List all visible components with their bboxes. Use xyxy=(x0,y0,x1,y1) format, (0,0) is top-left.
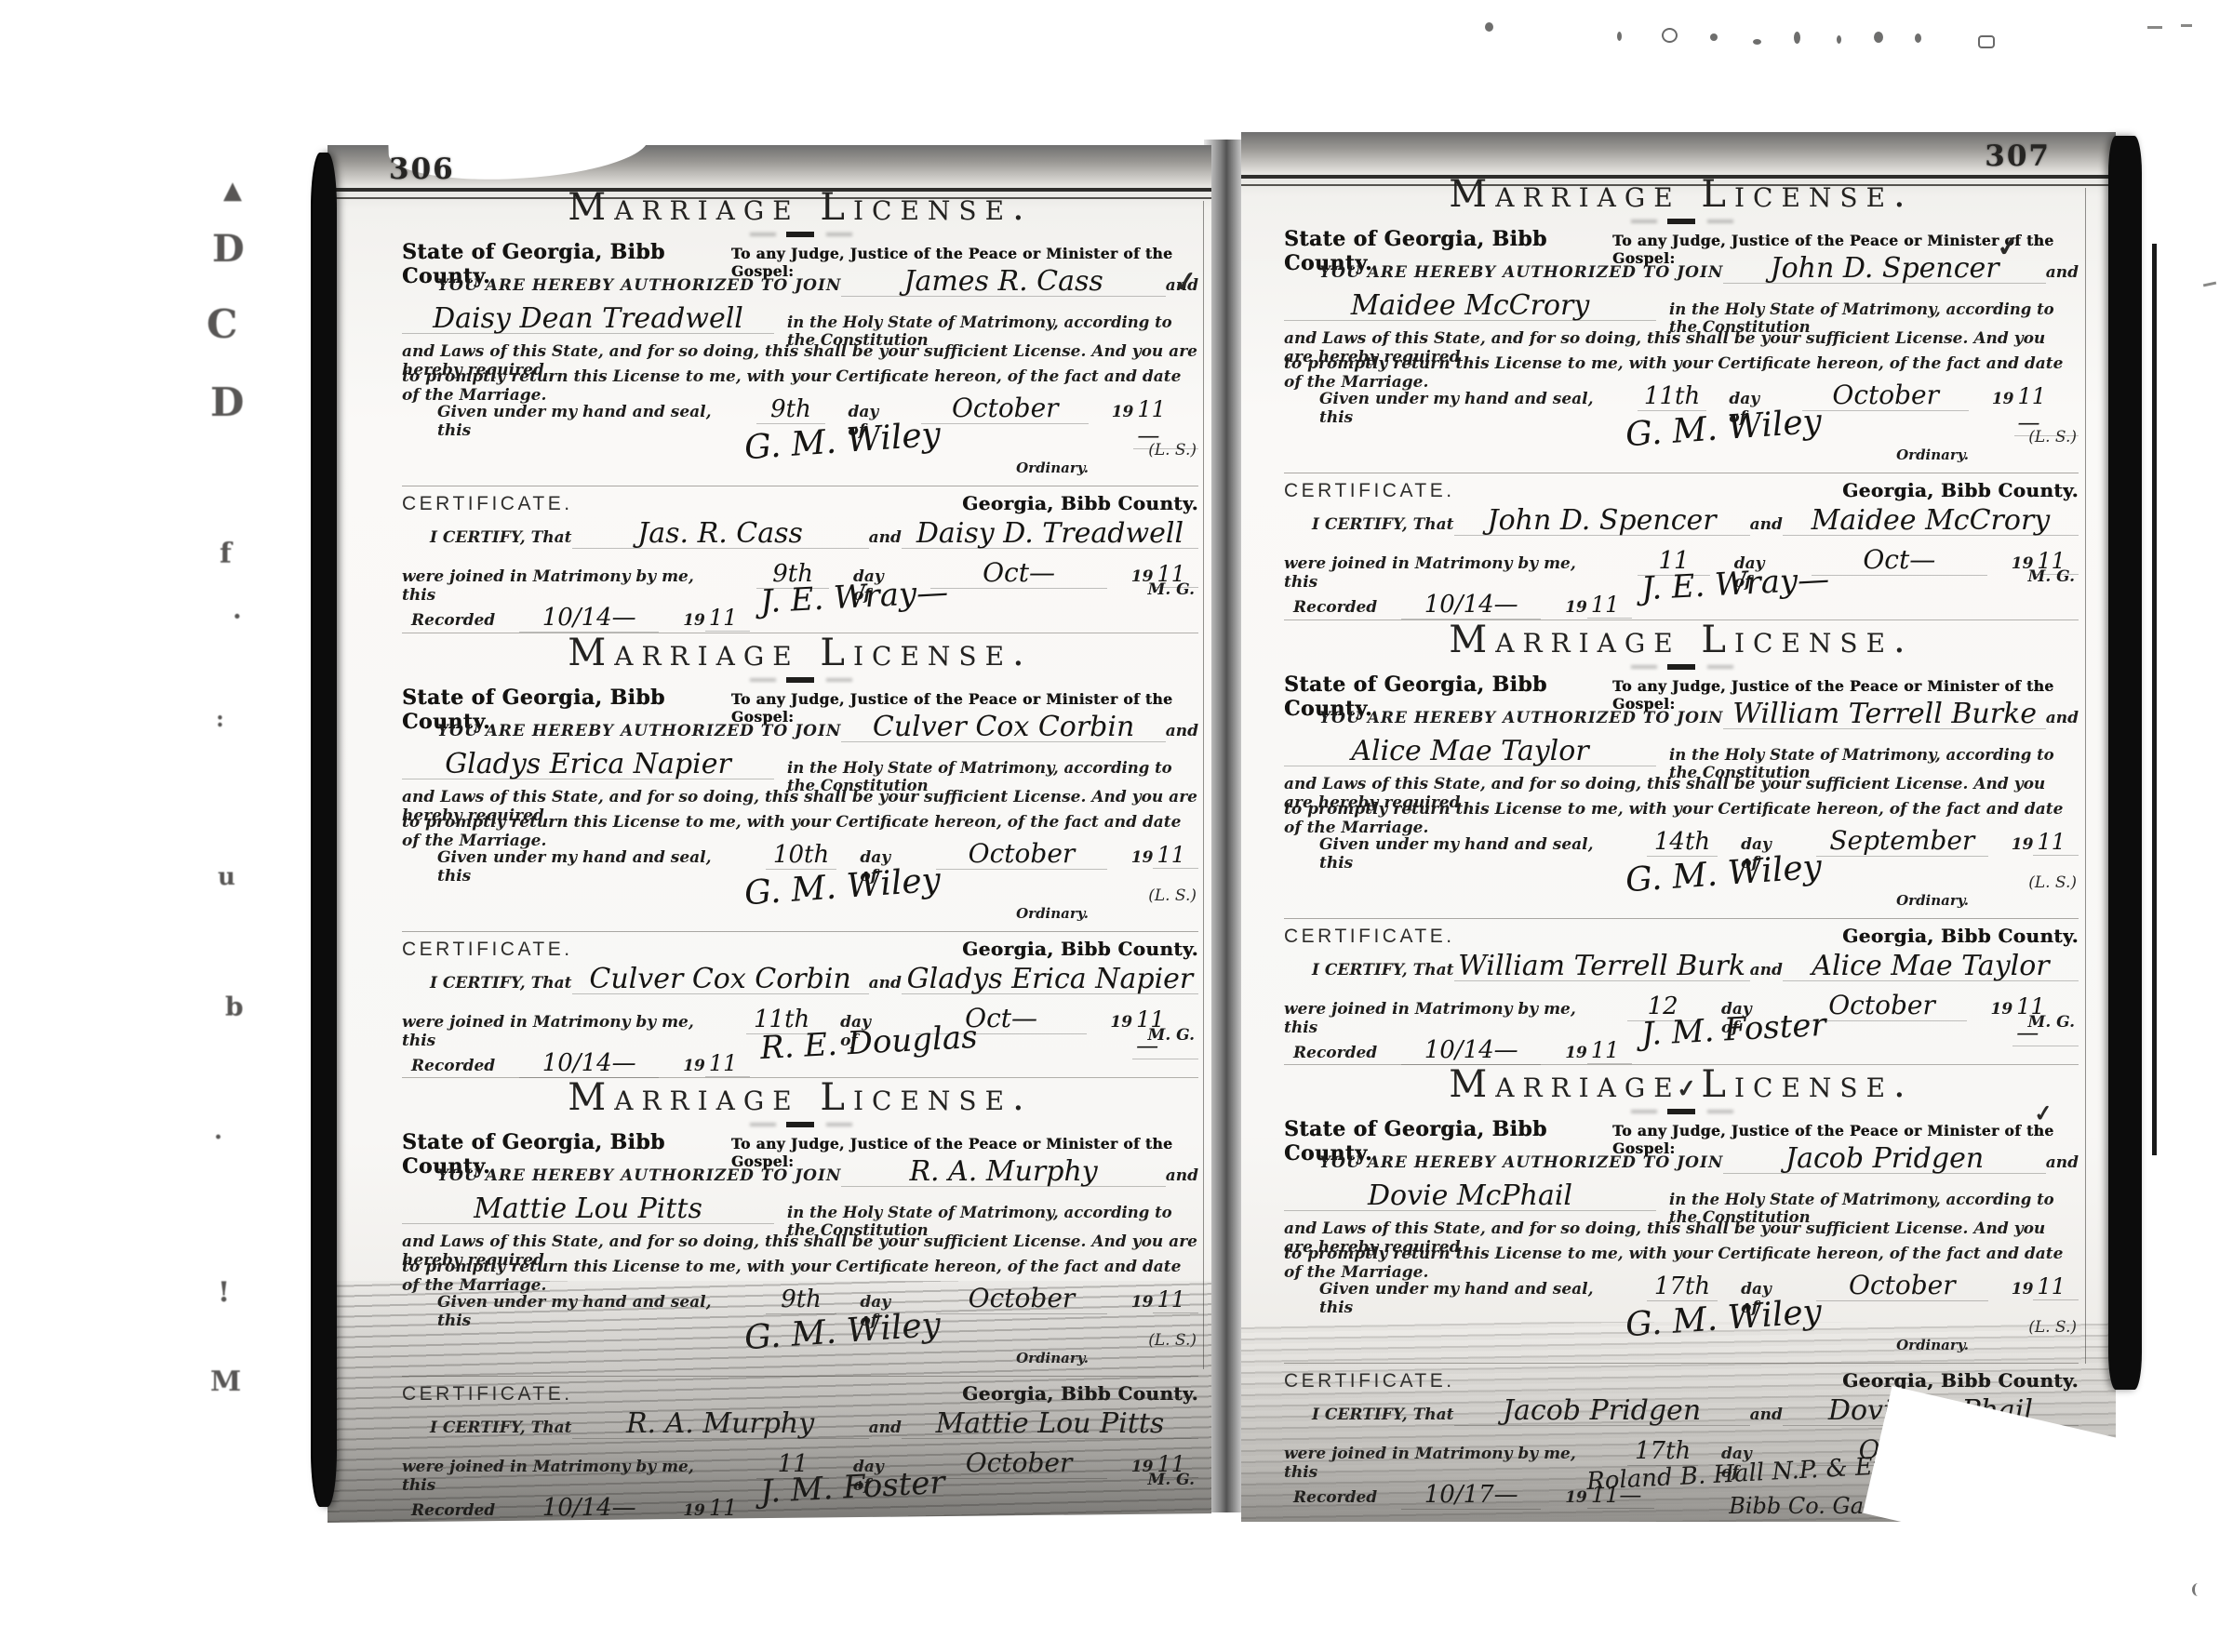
marriage-license-title: Marriage License. xyxy=(402,1078,1198,1119)
cert-groom-name: Jacob Pridgen xyxy=(1454,1397,1750,1426)
cert-day: 17th xyxy=(1627,1437,1697,1466)
license-section: Marriage License. State of Georgia, Bibb… xyxy=(1284,175,2079,467)
marriage-record: Marriage License. State of Georgia, Bibb… xyxy=(1284,619,2079,1064)
license-day: 10th xyxy=(766,841,836,870)
authorize-text: YOU ARE HEREBY AUTHORIZED TO JOIN xyxy=(1319,709,1723,727)
margin-rule xyxy=(2085,188,2086,1364)
marriage-record: Marriage License. State of Georgia, Bibb… xyxy=(402,633,1198,1077)
margin-mark: u xyxy=(218,863,235,891)
seal-label: (L. S.) xyxy=(2028,428,2077,446)
bride-name: Maidee McCrory xyxy=(1284,292,1656,321)
margin-mark: D xyxy=(210,380,244,425)
year-prefix: 19 xyxy=(1565,598,1587,617)
margin-mark: : xyxy=(216,705,224,732)
checkmark-icon: ✓ xyxy=(1995,230,2022,264)
recorded-date: 10/14— xyxy=(519,1049,659,1078)
title-dash xyxy=(402,1119,1198,1130)
groom-name: James R. Cass xyxy=(841,268,1165,297)
title-dash xyxy=(1284,1106,2079,1117)
marriage-license-title: Marriage License. xyxy=(402,188,1198,229)
and-label: and xyxy=(1166,1166,1198,1185)
recorded-label: Recorded xyxy=(411,1501,495,1520)
margin-mark: M xyxy=(210,1366,241,1398)
license-day: 11th xyxy=(1638,382,1706,411)
bride-name: Mattie Lou Pitts xyxy=(402,1195,774,1224)
checkmark-icon: ✓ xyxy=(2033,1099,2054,1127)
license-year: 11 xyxy=(2033,829,2079,856)
year-prefix: 19 xyxy=(2012,835,2034,854)
i-certify-label: I CERTIFY, That xyxy=(430,974,572,993)
bride-name: Dovie McPhail xyxy=(1284,1182,1656,1211)
certificate-section: CERTIFICATE. Georgia, Bibb County. I CER… xyxy=(402,486,1198,640)
i-certify-label: I CERTIFY, That xyxy=(1312,961,1454,979)
and-label: and xyxy=(869,528,902,547)
recorded-label: Recorded xyxy=(411,611,495,630)
groom-name: R. A. Murphy xyxy=(841,1158,1165,1187)
license-day: 9th xyxy=(766,1286,836,1314)
seal-label: (L. S.) xyxy=(1148,441,1197,460)
i-certify-label: I CERTIFY, That xyxy=(430,528,572,547)
page-number: 307 xyxy=(1985,140,2051,173)
bride-name: Daisy Dean Treadwell xyxy=(402,305,774,334)
margin-mark: · xyxy=(214,1124,222,1152)
license-section: Marriage License. State of Georgia, Bibb… xyxy=(1284,1065,2079,1357)
and-label: and xyxy=(869,974,902,993)
minister-label: M. G. xyxy=(1148,580,1196,599)
year-prefix: 19 xyxy=(1565,1488,1587,1507)
seal-label: (L. S.) xyxy=(1148,886,1197,905)
certificate-label: CERTIFICATE. xyxy=(1284,926,1455,948)
page-bottom-cut xyxy=(309,1513,1230,1564)
year-prefix: 19 xyxy=(1565,1044,1587,1062)
certificate-label: CERTIFICATE. xyxy=(402,939,573,961)
margin-mark: C xyxy=(207,301,237,347)
promptly-text: to promptly return this License to me, w… xyxy=(1284,800,2079,825)
margin-mark: b xyxy=(225,992,244,1022)
checkmark-icon: ✓ xyxy=(1172,265,1199,300)
license-year: 11 xyxy=(1153,842,1198,869)
laws-text: and Laws of this State, and for so doing… xyxy=(1284,1219,2079,1245)
ordinary-label: Ordinary. xyxy=(1896,892,1969,909)
license-month: October xyxy=(936,838,1108,870)
marriage-record: Marriage License. State of Georgia, Bibb… xyxy=(402,1077,1198,1522)
margin-mark: ! xyxy=(218,1276,230,1309)
license-year: 11 xyxy=(1153,1286,1198,1313)
cert-bride-name: Mattie Lou Pitts xyxy=(902,1410,1198,1439)
ordinary-label: Ordinary. xyxy=(1016,905,1089,922)
page-corner-cut xyxy=(1863,1386,2164,1576)
license-month: October xyxy=(1816,1270,1987,1301)
cert-month: Oct— xyxy=(930,557,1107,589)
cert-month: Oct— xyxy=(1812,544,1987,576)
marriage-record: Marriage License. State of Georgia, Bibb… xyxy=(1284,175,2079,619)
year-prefix: 19 xyxy=(1991,1000,2013,1019)
joined-label: were joined in Matrimony by me, this xyxy=(402,1458,732,1495)
margin-mark: D xyxy=(212,227,245,271)
i-certify-label: I CERTIFY, That xyxy=(430,1419,572,1437)
marriage-license-title: Marriage License. xyxy=(1284,620,2079,661)
authorize-text: YOU ARE HEREBY AUTHORIZED TO JOIN xyxy=(437,1166,841,1185)
certificate-section: CERTIFICATE. Georgia, Bibb County. I CER… xyxy=(1284,918,2079,1072)
seal-label: (L. S.) xyxy=(2028,1318,2077,1337)
margin-mark: · xyxy=(233,601,242,632)
year-prefix: 19 xyxy=(1131,1293,1154,1312)
authorize-text: YOU ARE HEREBY AUTHORIZED TO JOIN xyxy=(1319,1153,1723,1172)
license-day: 9th xyxy=(756,395,825,424)
joined-label: were joined in Matrimony by me, this xyxy=(1284,1000,1604,1037)
recorded-date: 10/14— xyxy=(1401,591,1541,619)
recorded-year: 11— xyxy=(1587,1482,1655,1509)
year-prefix: 19 xyxy=(2012,1280,2034,1299)
title-dash xyxy=(1284,216,2079,227)
license-month: October xyxy=(936,1283,1108,1314)
recorded-date: 10/14— xyxy=(519,1494,659,1523)
page-edge xyxy=(2152,244,2157,1155)
minister-label: M. G. xyxy=(2028,1013,2076,1032)
county-label: Georgia, Bibb County. xyxy=(1842,925,2079,947)
groom-name: Jacob Pridgen xyxy=(1723,1145,2045,1174)
cert-bride-name: Alice Mae Taylor xyxy=(1783,953,2079,981)
year-prefix: 19 xyxy=(683,1057,705,1075)
recorded-date: 10/14— xyxy=(519,604,659,633)
recorded-label: Recorded xyxy=(1293,598,1377,617)
authorize-text: YOU ARE HEREBY AUTHORIZED TO JOIN xyxy=(437,276,841,295)
margin-mark: f xyxy=(220,538,232,570)
cert-bride-name: Gladys Erica Napier xyxy=(902,966,1198,994)
ordinary-label: Ordinary. xyxy=(1016,460,1089,476)
and-label: and xyxy=(1750,515,1783,534)
license-section: Marriage License. State of Georgia, Bibb… xyxy=(402,1078,1198,1370)
license-month: October xyxy=(921,393,1089,424)
joined-label: were joined in Matrimony by me, this xyxy=(1284,554,1613,592)
and-label: and xyxy=(2046,263,2079,282)
license-section: Marriage License. State of Georgia, Bibb… xyxy=(1284,620,2079,913)
certificate-section: CERTIFICATE. Georgia, Bibb County. I CER… xyxy=(402,931,1198,1086)
county-label: Georgia, Bibb County. xyxy=(1842,1369,2079,1392)
certificate-label: CERTIFICATE. xyxy=(1284,1370,1455,1392)
laws-text: and Laws of this State, and for so doing… xyxy=(402,1232,1198,1258)
recorded-label: Recorded xyxy=(1293,1044,1377,1062)
and-label: and xyxy=(1750,1406,1783,1424)
bride-name: Gladys Erica Napier xyxy=(402,751,774,779)
recorded-date: 10/17— xyxy=(1401,1481,1541,1510)
bride-name: Alice Mae Taylor xyxy=(1284,738,1656,766)
and-label: and xyxy=(1166,722,1198,740)
groom-name: Culver Cox Corbin xyxy=(841,713,1165,742)
year-prefix: 19 xyxy=(1110,1013,1132,1032)
title-dash xyxy=(402,674,1198,686)
marriage-record: Marriage License. State of Georgia, Bibb… xyxy=(402,188,1198,633)
promptly-text: to promptly return this License to me, w… xyxy=(1284,1245,2079,1270)
recorded-year: 11 xyxy=(1587,1037,1633,1064)
county-label: Georgia, Bibb County. xyxy=(1842,479,2079,501)
title-dash xyxy=(402,229,1198,240)
seal-label: (L. S.) xyxy=(2028,873,2077,892)
county-label: Georgia, Bibb County. xyxy=(962,938,1198,960)
marriage-license-title: Marriage License. xyxy=(1284,175,2079,216)
license-month: September xyxy=(1816,825,1987,857)
certificate-label: CERTIFICATE. xyxy=(402,493,573,515)
county-label: Georgia, Bibb County. xyxy=(962,492,1198,514)
year-prefix: 19 xyxy=(1112,403,1134,421)
joined-label: were joined in Matrimony by me, this xyxy=(402,567,732,605)
laws-text: and Laws of this State, and for so doing… xyxy=(402,342,1198,367)
authorize-text: YOU ARE HEREBY AUTHORIZED TO JOIN xyxy=(437,722,841,740)
margin-rule xyxy=(1203,201,1204,1369)
and-label: and xyxy=(1750,961,1783,979)
marriage-license-title: Marriage License. xyxy=(402,633,1198,674)
minister-label: M. G. xyxy=(2028,567,2076,586)
and-label: and xyxy=(2046,709,2079,727)
license-day: 14th xyxy=(1647,828,1718,857)
title-dash xyxy=(1284,661,2079,673)
cert-groom-name: Culver Cox Corbin xyxy=(572,966,869,994)
recorded-label: Recorded xyxy=(411,1057,495,1075)
authorize-text: YOU ARE HEREBY AUTHORIZED TO JOIN xyxy=(1319,263,1723,282)
license-month: October xyxy=(1802,380,1969,411)
license-section: Marriage License. State of Georgia, Bibb… xyxy=(402,188,1198,480)
joined-label: were joined in Matrimony by me, this xyxy=(1284,1445,1604,1482)
certificate-section: CERTIFICATE. Georgia, Bibb County. I CER… xyxy=(402,1376,1198,1530)
groom-name: William Terrell Burke xyxy=(1723,700,2045,729)
promptly-text: to promptly return this License to me, w… xyxy=(402,367,1198,393)
laws-text: and Laws of this State, and for so doing… xyxy=(1284,329,2079,354)
minister-label: M. G. xyxy=(1148,1471,1196,1489)
ordinary-label: Ordinary. xyxy=(1896,446,1969,463)
promptly-text: to promptly return this License to me, w… xyxy=(1284,354,2079,380)
promptly-text: to promptly return this License to me, w… xyxy=(402,813,1198,838)
page-306: 306 Marriage License. State of Georgia, … xyxy=(328,145,1211,1527)
checkmark-icon: ✓ xyxy=(1675,1074,1698,1104)
laws-text: and Laws of this State, and for so doing… xyxy=(1284,775,2079,800)
cert-groom-name: William Terrell Burk xyxy=(1454,953,1750,981)
county-label: Georgia, Bibb County. xyxy=(962,1382,1198,1405)
laws-text: and Laws of this State, and for so doing… xyxy=(402,788,1198,813)
and-label: and xyxy=(2046,1153,2079,1172)
year-prefix: 19 xyxy=(1992,390,2014,408)
joined-label: were joined in Matrimony by me, this xyxy=(402,1013,723,1050)
license-section: Marriage License. State of Georgia, Bibb… xyxy=(402,633,1198,926)
page-307: 307 Marriage License. State of Georgia, … xyxy=(1241,132,2116,1522)
and-label: and xyxy=(869,1419,902,1437)
certificate-label: CERTIFICATE. xyxy=(1284,480,1455,502)
cert-groom-name: Jas. R. Cass xyxy=(572,520,869,549)
i-certify-label: I CERTIFY, That xyxy=(1312,515,1454,534)
minister-label: M. G. xyxy=(1148,1026,1196,1045)
license-day: 17th xyxy=(1647,1272,1718,1301)
page-edge xyxy=(313,153,337,1507)
recorded-label: Recorded xyxy=(1293,1488,1377,1507)
cert-groom-name: John D. Spencer xyxy=(1454,507,1750,536)
certificate-section: CERTIFICATE. Georgia, Bibb County. I CER… xyxy=(1284,473,2079,627)
recorded-year: 11 xyxy=(705,1050,751,1077)
recorded-year: 11 xyxy=(705,605,751,632)
year-prefix: 19 xyxy=(683,1501,705,1520)
year-prefix: 19 xyxy=(1131,848,1154,867)
margin-mark: ▲ xyxy=(223,177,242,205)
seal-label: (L. S.) xyxy=(1148,1331,1197,1350)
recorded-date: 10/14— xyxy=(1401,1036,1541,1065)
promptly-text: to promptly return this License to me, w… xyxy=(402,1258,1198,1283)
cert-bride-name: Daisy D. Treadwell xyxy=(902,520,1198,549)
recorded-year: 11 xyxy=(1587,592,1633,619)
license-year: 11 xyxy=(2033,1273,2079,1300)
i-certify-label: I CERTIFY, That xyxy=(1312,1406,1454,1424)
page-edge xyxy=(2108,136,2142,1390)
cert-groom-name: R. A. Murphy xyxy=(572,1410,869,1439)
page-number: 306 xyxy=(389,153,455,186)
ordinary-label: Ordinary. xyxy=(1896,1337,1969,1353)
cert-month: October xyxy=(930,1447,1107,1479)
ordinary-label: Ordinary. xyxy=(1016,1350,1089,1366)
margin-scribbles: ▲ D C D f · : u b · ! M xyxy=(197,173,262,1401)
year-prefix: 19 xyxy=(683,611,705,630)
cert-bride-name: Maidee McCrory xyxy=(1783,507,2079,536)
certificate-label: CERTIFICATE. xyxy=(402,1383,573,1406)
